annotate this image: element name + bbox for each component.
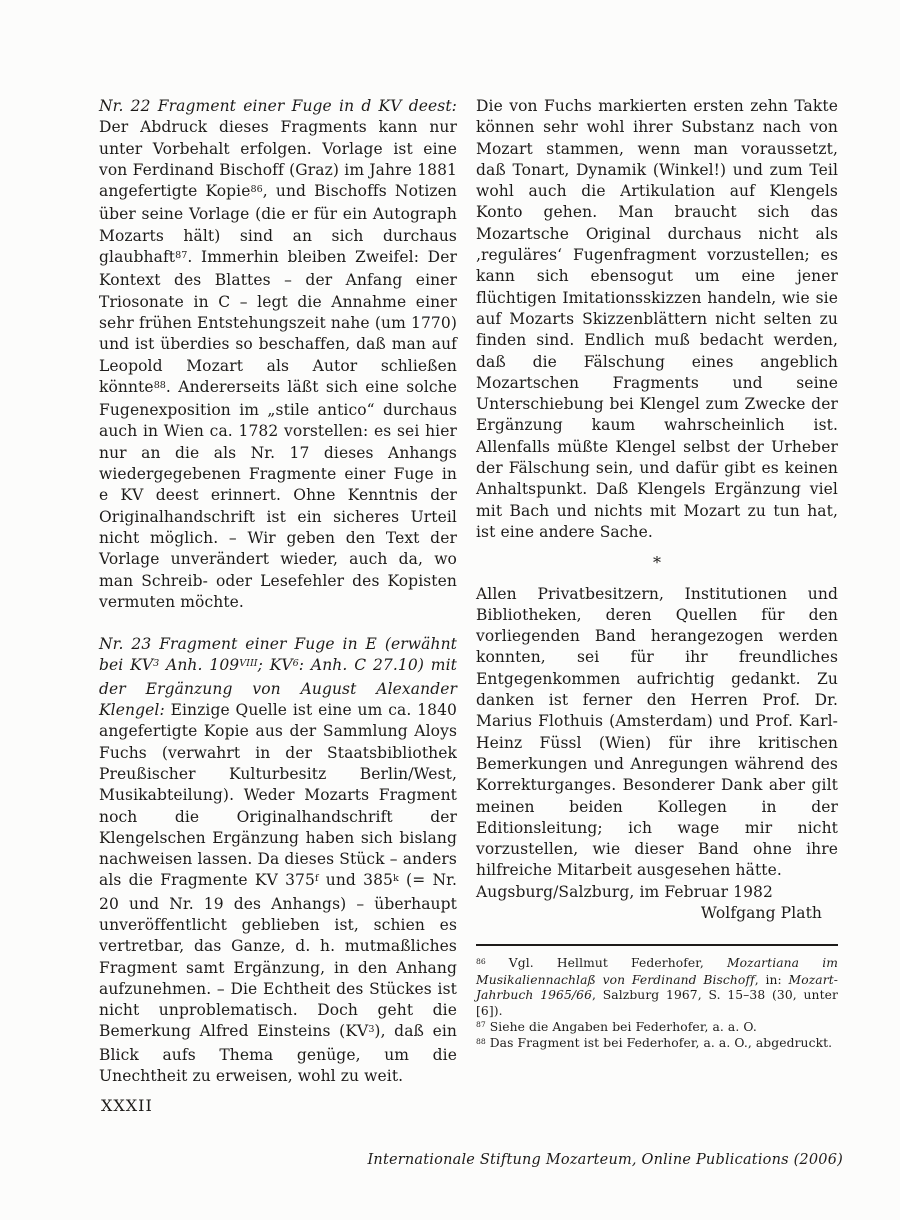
footnotes-block: 86 Vgl. Hellmut Federhofer, Mozartiana i… [476,956,838,1053]
footnote-88: 88 Das Fragment ist bei Federhofer, a. a… [476,1036,838,1053]
page-number: XXXII [101,1096,153,1115]
publication-footer: Internationale Stiftung Mozarteum, Onlin… [367,1152,843,1168]
acknowledgement-paragraph: Allen Privatbesitzern, Institutionen und… [476,584,838,882]
entry-nr23-paragraph: Nr. 23 Fragment einer Fuge in E (erwähnt… [99,634,457,1087]
fuchs-paragraph: Die von Fuchs markierten ersten zehn Tak… [476,96,838,543]
right-text-column: Die von Fuchs markierten ersten zehn Tak… [476,96,838,1053]
scanned-page: Nr. 22 Fragment einer Fuge in d KV deest… [0,0,900,1220]
signature-date: Augsburg/Salzburg, im Februar 1982 [476,882,838,903]
footnote-divider [476,944,838,946]
footnote-86: 86 Vgl. Hellmut Federhofer, Mozartiana i… [476,956,838,1019]
left-text-column: Nr. 22 Fragment einer Fuge in d KV deest… [99,96,457,1087]
entry-nr22-paragraph: Nr. 22 Fragment einer Fuge in d KV deest… [99,96,457,613]
footnote-87: 87 Siehe die Angaben bei Federhofer, a. … [476,1020,838,1037]
asterisk-separator: * [476,552,838,573]
signature-name: Wolfgang Plath [476,903,838,924]
